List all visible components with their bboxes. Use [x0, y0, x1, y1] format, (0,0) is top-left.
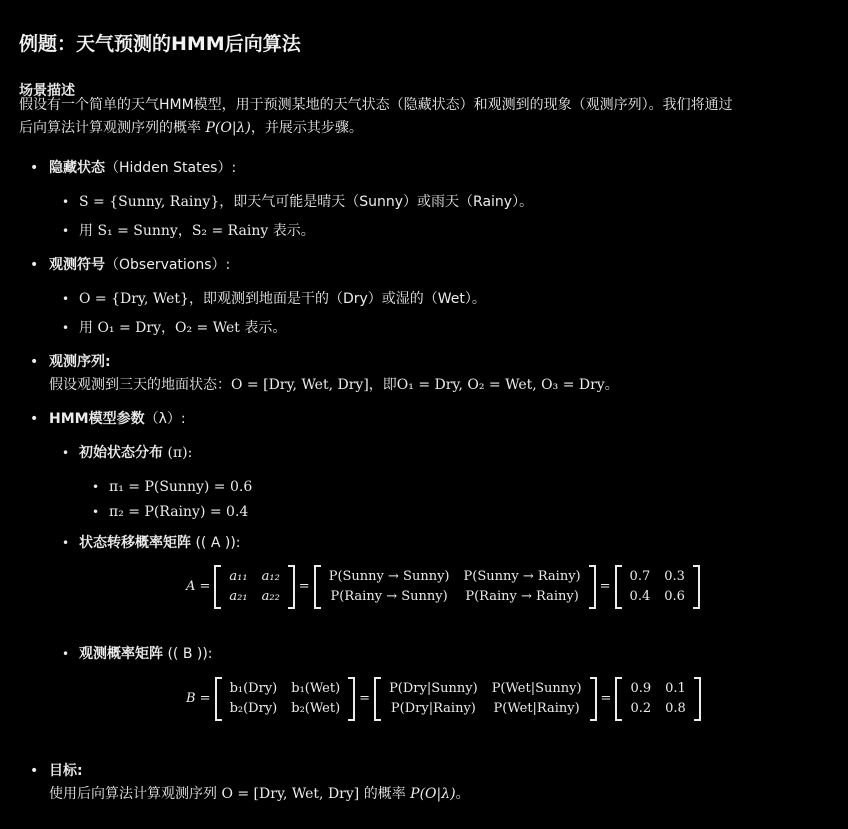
- list-item-emission: 观测概率矩阵 (( B )):: [19, 643, 213, 666]
- list-item-pi2: π₂ = P(Rainy) = 0.4: [19, 501, 248, 524]
- matrix-descriptive: P(Sunny → Sunny)P(Sunny → Rainy) P(Rainy…: [314, 565, 596, 609]
- matrix-descriptive: P(Dry|Sunny)P(Wet|Sunny) P(Dry|Rainy)P(W…: [374, 677, 596, 721]
- list-item-params: HMM模型参数（λ）:: [19, 408, 186, 431]
- list-item-obs-set: O = {Dry, Wet}，即观测到地面是干的（Dry）或湿的（Wet）。: [19, 288, 486, 311]
- list-item-obs-notation: 用 O₁ = Dry，O₂ = Wet 表示。: [19, 317, 286, 340]
- transition-matrix-equation: A = a₁₁a₁₂ a₂₁a₂₂ = P(Sunny → Sunny)P(Su…: [186, 565, 704, 609]
- document: 例题：天气预测的HMM后向算法: [19, 28, 819, 60]
- matrix-values: 0.70.3 0.40.6: [615, 565, 700, 609]
- list-item-states-set: S = {Sunny, Rainy}，即天气可能是晴天（Sunny）或雨天（Ra…: [19, 191, 533, 214]
- list-item-pi1: π₁ = P(Sunny) = 0.6: [19, 476, 252, 499]
- goal-description: 使用后向算法计算观测序列 O = [Dry, Wet, Dry] 的概率 P(O…: [49, 783, 470, 806]
- list-item-initial-dist: 初始状态分布 (π):: [19, 442, 192, 465]
- matrix-values: 0.90.1 0.20.8: [615, 677, 700, 721]
- math-probability: P(O|λ): [205, 120, 250, 136]
- scenario-line-1: 假设有一个简单的天气HMM模型，用于预测某地的天气状态（隐藏状态）和观测到的现象…: [19, 94, 733, 117]
- matrix-symbolic: a₁₁a₁₂ a₂₁a₂₂: [214, 565, 294, 609]
- list-item-sequence: 观测序列:: [19, 351, 111, 374]
- page-title: 例题：天气预测的HMM后向算法: [19, 28, 819, 60]
- list-item-goal: 目标:: [19, 760, 83, 783]
- matrix-symbolic: b₁(Dry)b₁(Wet) b₂(Dry)b₂(Wet): [215, 677, 356, 721]
- scenario-line-2: 后向算法计算观测序列的概率 P(O|λ)，并展示其步骤。: [19, 117, 363, 140]
- emission-matrix-equation: B = b₁(Dry)b₁(Wet) b₂(Dry)b₂(Wet) = P(Dr…: [186, 677, 705, 721]
- list-item-observations: 观测符号（Observations）:: [19, 254, 230, 277]
- list-item-hidden-states: 隐藏状态（Hidden States）:: [19, 157, 236, 180]
- sequence-description: 假设观测到三天的地面状态：O = [Dry, Wet, Dry]，即O₁ = D…: [49, 374, 619, 397]
- list-item-transition: 状态转移概率矩阵 (( A )):: [19, 532, 241, 555]
- list-item-states-notation: 用 S₁ = Sunny，S₂ = Rainy 表示。: [19, 220, 315, 243]
